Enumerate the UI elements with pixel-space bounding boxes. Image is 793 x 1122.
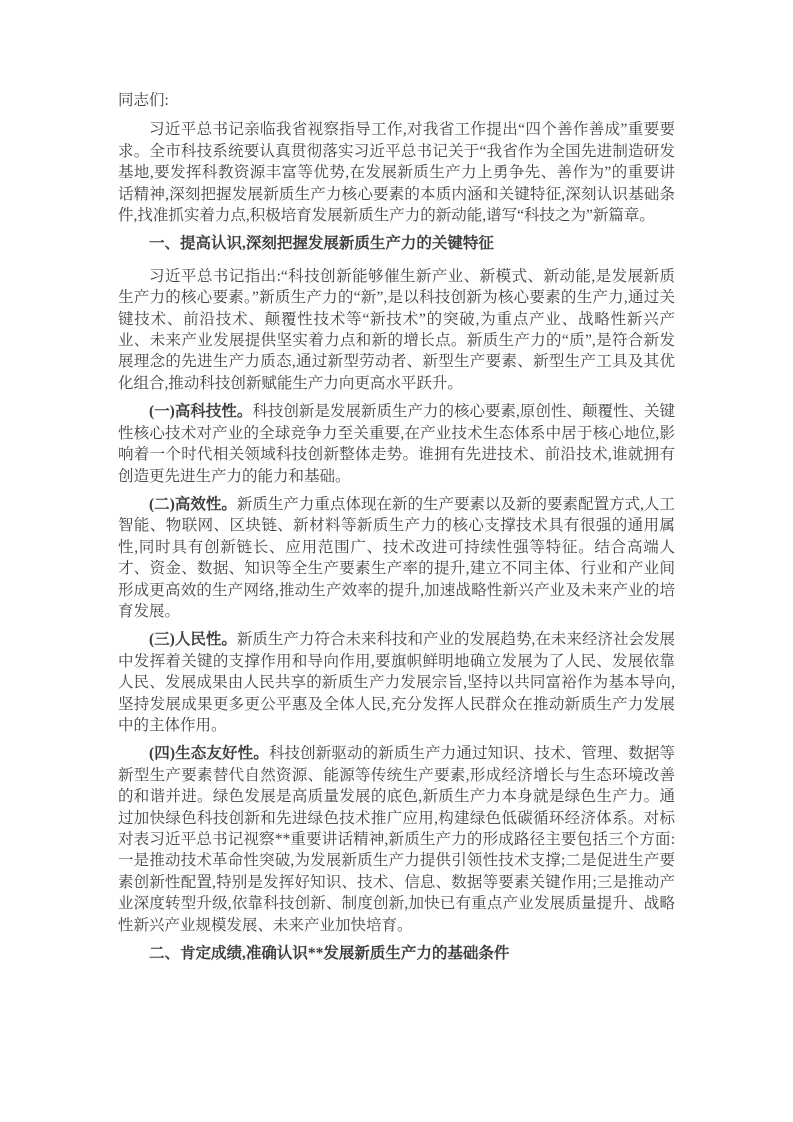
point-1-title: (一)高科技性。 [149, 403, 252, 420]
point-2-body: 新质生产力重点体现在新的生产要素以及新的要素配置方式,人工智能、物联网、区块链、… [118, 496, 675, 620]
paragraph-point-1: (一)高科技性。科技创新是发展新质生产力的核心要素,原创性、颠覆性、关键性核心技… [118, 401, 675, 487]
paragraph-point-3: (三)人民性。新质生产力符合未来科技和产业的发展趋势,在未来经济社会发展中发挥着… [118, 629, 675, 736]
point-2-title: (二)高效性。 [149, 496, 237, 513]
document-body: 同志们: 习近平总书记亲临我省视察指导工作,对我省工作提出“四个善作善成”重要要… [118, 90, 675, 964]
paragraph-intro: 习近平总书记亲临我省视察指导工作,对我省工作提出“四个善作善成”重要要求。全市科… [118, 119, 675, 226]
paragraph-section1-lede: 习近平总书记指出:“科技创新能够催生新产业、新模式、新动能,是发展新质生产力的核… [118, 266, 675, 394]
paragraph-point-4: (四)生态友好性。科技创新驱动的新质生产力通过知识、技术、管理、数据等新型生产要… [118, 743, 675, 936]
point-3-title: (三)人民性。 [149, 631, 237, 648]
document-page: 同志们: 习近平总书记亲临我省视察指导工作,对我省工作提出“四个善作善成”重要要… [0, 0, 793, 1122]
section-heading-1: 一、提高认识,深刻把握发展新质生产力的关键特征 [118, 233, 675, 254]
point-4-title: (四)生态友好性。 [149, 745, 269, 762]
paragraph-point-2: (二)高效性。新质生产力重点体现在新的生产要素以及新的要素配置方式,人工智能、物… [118, 494, 675, 622]
salutation: 同志们: [118, 90, 675, 111]
point-4-body: 科技创新驱动的新质生产力通过知识、技术、管理、数据等新型生产要素替代自然资源、能… [118, 745, 675, 933]
section-heading-2: 二、肯定成绩,准确认识**发展新质生产力的基础条件 [118, 943, 675, 964]
